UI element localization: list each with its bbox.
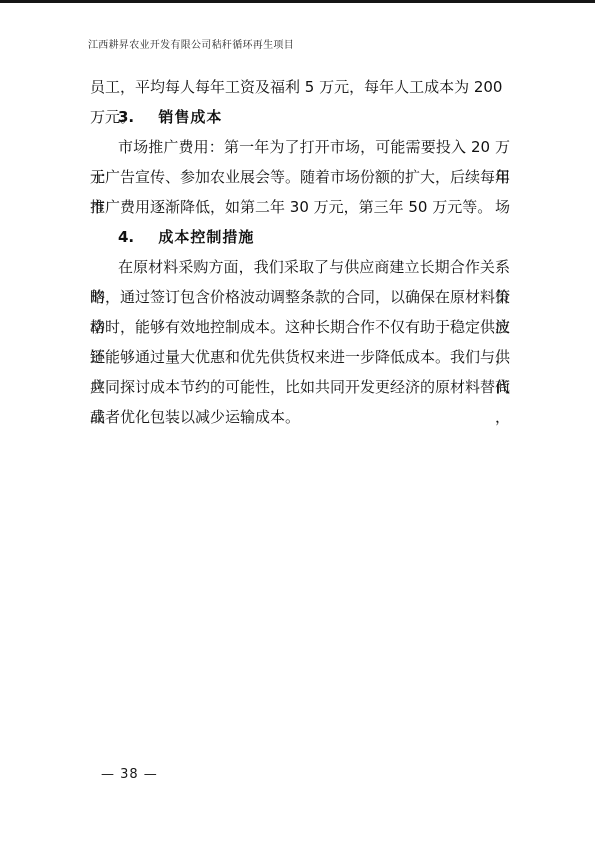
section-heading-4: 4. 成本控制措施 xyxy=(90,222,510,252)
heading-number: 3. xyxy=(118,102,134,132)
paragraph-line: 推广费用逐渐降低，如第二年 30 万元，第三年 50 万元等。 xyxy=(90,192,510,222)
document-page: 江西耕昇农业开发有限公司秸秆循环再生项目 员工，平均每人每年工资及福利 5 万元… xyxy=(0,0,595,841)
paragraph-line: 还能够通过量大优惠和优先供货权来进一步降低成本。我们与供应商 xyxy=(90,342,510,372)
document-header-title: 江西耕昇农业开发有限公司秸秆循环再生项目 xyxy=(88,40,294,52)
paragraph-line: 市场推广费用：第一年为了打开市场，可能需要投入 20 万元用 xyxy=(90,132,510,162)
document-body: 员工，平均每人每年工资及福利 5 万元，每年人工成本为 200 万元。 3. 销… xyxy=(90,72,510,432)
heading-title: 成本控制措施 xyxy=(158,222,254,252)
paragraph-line: 员工，平均每人每年工资及福利 5 万元，每年人工成本为 200 万元。 xyxy=(90,72,510,102)
top-edge-bar xyxy=(0,0,595,3)
heading-number: 4. xyxy=(118,222,134,252)
paragraph-line: 动时，能够有效地控制成本。这种长期合作不仅有助于稳定供应链， xyxy=(90,312,510,342)
paragraph-line: 共同探讨成本节约的可能性，比如共同开发更经济的原材料替代品， xyxy=(90,372,510,402)
paragraph-line: 在原材料采购方面，我们采取了与供应商建立长期合作关系的策 xyxy=(90,252,510,282)
heading-title: 销售成本 xyxy=(158,102,222,132)
paragraph-line: 于广告宣传、参加农业展会等。随着市场份额的扩大，后续每年市场 xyxy=(90,162,510,192)
section-heading-3: 3. 销售成本 xyxy=(90,102,510,132)
page-number-footer: — 38 — xyxy=(101,765,158,785)
paragraph-line: 略，通过签订包含价格波动调整条款的合同，以确保在原材料价格波 xyxy=(90,282,510,312)
